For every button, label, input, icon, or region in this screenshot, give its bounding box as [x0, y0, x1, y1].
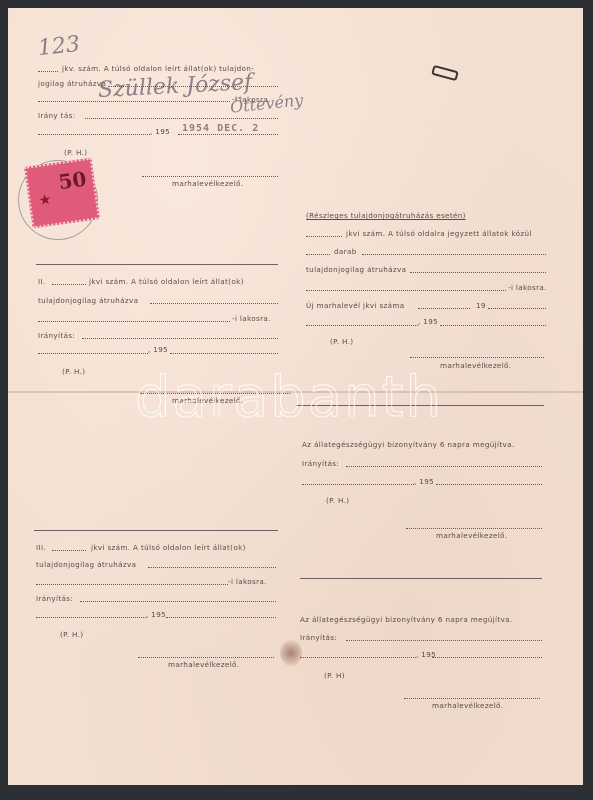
partial-field-animals[interactable]: [362, 254, 546, 255]
partial-line5-label: Új marhalevél jkvi száma: [306, 302, 405, 309]
partial-field-year[interactable]: [488, 308, 546, 309]
partial-field-place[interactable]: [306, 325, 418, 326]
s3-field-direction[interactable]: [80, 601, 276, 602]
partial-field-number[interactable]: [306, 236, 342, 237]
s2-line2: tulajdonjogilag átruházva: [38, 297, 138, 304]
renew1-signer: marhalevélkezelő.: [436, 532, 507, 539]
renew1-field-date[interactable]: [436, 484, 542, 485]
s1-line3: -i lakosra.: [232, 96, 271, 103]
s3-prefix: III.: [36, 544, 46, 551]
partial-field-new-number[interactable]: [418, 308, 470, 309]
partial-field-transfer[interactable]: [410, 272, 546, 273]
partial-ph: (P. H.): [330, 338, 353, 345]
s3-line3: -i lakosra.: [228, 578, 267, 585]
partial-field-count[interactable]: [306, 254, 330, 255]
divider: [36, 264, 278, 265]
partial-field-date[interactable]: [440, 325, 546, 326]
s3-year: , 195: [146, 611, 166, 618]
renew1-line2-label: Irányítás:: [302, 460, 339, 467]
renew2-signer: marhalevélkezelő.: [432, 702, 503, 709]
renew2-field-place[interactable]: [300, 657, 416, 658]
partial-heading: (Részleges tulajdonjogátruházás esetén): [306, 212, 466, 219]
s1-field-date[interactable]: [178, 134, 278, 135]
s2-field-place[interactable]: [38, 353, 148, 354]
s2-ph: (P. H.): [62, 368, 85, 375]
renew2-field-direction[interactable]: [346, 640, 542, 641]
s3-field-place[interactable]: [36, 617, 146, 618]
renew2-line1: Az állategészségügyi bizonyítvány 6 napr…: [300, 616, 513, 623]
s3-line1: jkvi szám. A túlsó oldalon leírt állat(o…: [91, 544, 246, 551]
s2-year: , 195: [148, 346, 168, 353]
stain-mark: [280, 640, 302, 666]
stamp-value: 50: [57, 167, 88, 195]
s2-field-direction[interactable]: [82, 338, 278, 339]
revenue-stamp: 50 ★: [24, 158, 100, 229]
s1-field-transfer[interactable]: [108, 86, 278, 87]
partial-line3: tulajdonjogilag átruházva: [306, 266, 406, 273]
s2-line3: -i lakosra.: [232, 315, 271, 322]
renew2-ph: (P. H): [324, 672, 345, 679]
partial-line1: jkvi szám. A túlsó oldalra jegyzett álla…: [346, 230, 532, 237]
s3-line2: tulajdonjogilag átruházva: [36, 561, 136, 568]
handwritten-number: 123: [37, 34, 81, 60]
renew1-field-direction[interactable]: [346, 466, 542, 467]
s1-ph: (P. H.): [64, 149, 87, 156]
renew2-line2-label: Irányítás:: [300, 634, 337, 641]
s3-field-signature[interactable]: [138, 657, 274, 658]
s3-field-number[interactable]: [52, 550, 86, 551]
date-stamp: 1954 DEC. 2: [182, 123, 259, 134]
partial-year: , 195: [418, 318, 438, 325]
s1-signer: marhalevélkezelő.: [172, 180, 243, 187]
s3-ph: (P. H.): [60, 631, 83, 638]
partial-field-signature[interactable]: [410, 357, 544, 358]
s1-field-signature[interactable]: [142, 176, 278, 177]
star-emblem-icon: ★: [38, 192, 53, 210]
watermark: darabanth: [135, 365, 443, 430]
partial-line2: darab: [334, 248, 357, 255]
divider: [34, 530, 278, 531]
s2-field-number[interactable]: [52, 284, 86, 285]
s1-line4-label: Irány tás:: [38, 112, 75, 119]
renew1-field-signature[interactable]: [406, 528, 542, 529]
s3-line4-label: Irányítás:: [36, 595, 73, 602]
renew1-ph: (P. H.): [326, 497, 349, 504]
renew2-field-date[interactable]: [432, 657, 542, 658]
s3-signer: marhalevélkezelő.: [168, 661, 239, 668]
s1-year: , 195: [150, 128, 170, 135]
renew1-line1: Az állategészségügyi bizonyítvány 6 napr…: [302, 441, 515, 448]
s1-field-resident[interactable]: [38, 101, 230, 102]
s2-field-date[interactable]: [170, 353, 278, 354]
renew2-field-signature[interactable]: [404, 698, 540, 699]
s1-field-place[interactable]: [38, 134, 150, 135]
partial-line4: -i lakosra.: [508, 284, 547, 291]
s2-field-transfer[interactable]: [150, 303, 278, 304]
s2-field-resident[interactable]: [38, 321, 230, 322]
s2-prefix: II.: [38, 278, 46, 285]
s1-field-direction[interactable]: [85, 118, 278, 119]
s1-line2: jogilag átruházva: [38, 80, 106, 87]
s2-line1: jkvi szám. A túlsó oldalon leírt állat(o…: [89, 278, 244, 285]
s3-field-transfer[interactable]: [148, 567, 276, 568]
divider: [300, 578, 542, 579]
s3-field-resident[interactable]: [36, 584, 228, 585]
partial-field-resident[interactable]: [306, 290, 506, 291]
s1-line1: jkv. szám. A túlsó oldalon leírt állat(o…: [62, 65, 254, 72]
s2-line4-label: Irányítás:: [38, 332, 75, 339]
renew1-field-place[interactable]: [302, 484, 414, 485]
partial-signer: marhalevélkezelő.: [440, 362, 511, 369]
renew1-year: , 195: [414, 478, 434, 485]
s3-field-date[interactable]: [166, 617, 276, 618]
partial-line5-mid: 19: [476, 302, 486, 309]
